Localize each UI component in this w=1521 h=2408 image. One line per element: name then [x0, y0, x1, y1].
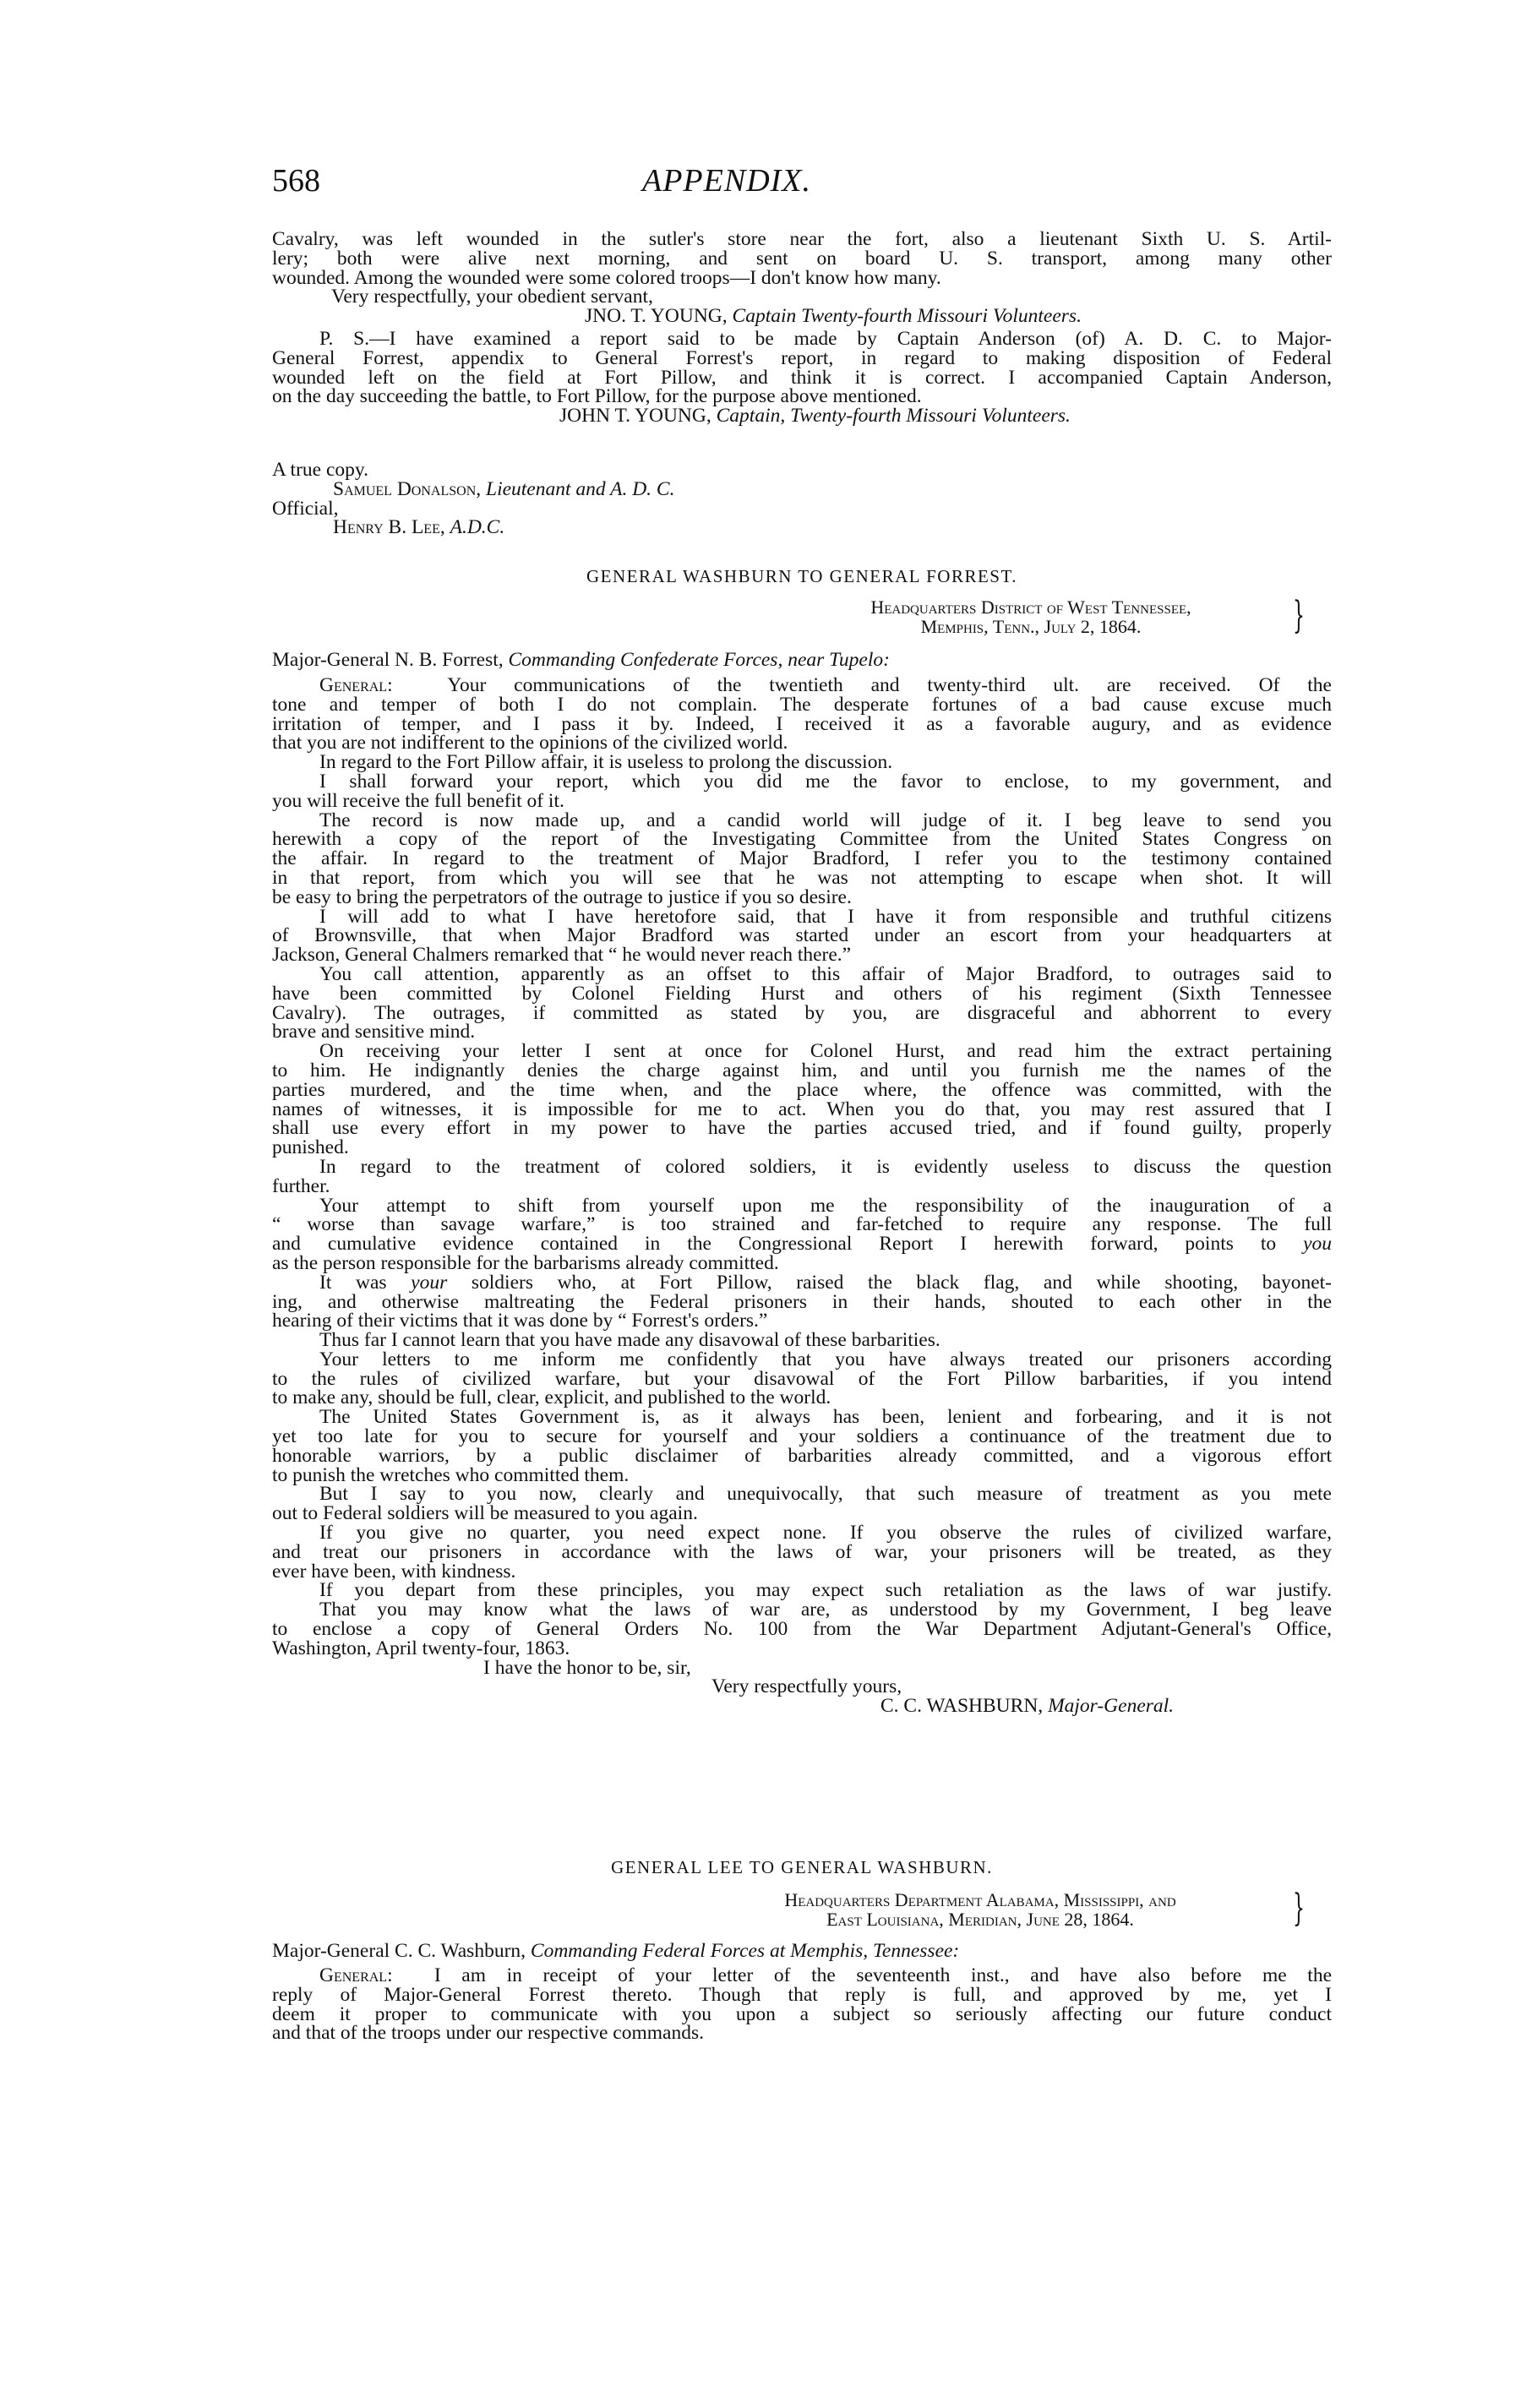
official-signer: Henry B. Lee, A.D.C. — [272, 518, 1332, 537]
text-line: If you depart from these principles, you… — [272, 1581, 1332, 1600]
brace-icon: } — [1293, 597, 1305, 635]
text-line: I will add to what I have heretofore sai… — [272, 907, 1332, 927]
text-line: and treat our prisoners in accordance wi… — [272, 1543, 1332, 1562]
brace-icon: } — [1293, 1890, 1305, 1927]
text-line: Your attempt to shift from yourself upon… — [272, 1196, 1332, 1216]
text-line: Cavalry, was left wounded in the sutler'… — [272, 230, 1332, 249]
text-line: honorable warriors, by a public disclaim… — [272, 1446, 1332, 1466]
text-line: and cumulative evidence contained in the… — [272, 1234, 1332, 1254]
text-line: in that report, from which you will see … — [272, 869, 1332, 888]
text-line: further. — [272, 1177, 1332, 1196]
dateline-text: East Louisiana, Meridian, June 28, 1864. — [826, 1909, 1134, 1930]
text-line: of Brownsville, that when Major Bradford… — [272, 926, 1332, 945]
addressee-name: Major-General N. B. Forrest, — [272, 649, 504, 671]
text-line: reply of Major-General Forrest thereto. … — [272, 1986, 1332, 2005]
text-line: It was your soldiers who, at Fort Pillow… — [272, 1273, 1332, 1293]
text-line: irritation of temper, and I pass it by. … — [272, 715, 1332, 734]
postscript: P. S.—I have examined a report said to b… — [272, 330, 1332, 426]
dateline-text: Headquarters Department Alabama, Mississ… — [784, 1889, 1175, 1910]
running-title: APPENDIX. — [642, 162, 811, 199]
text-line: ing, and otherwise maltreating the Feder… — [272, 1293, 1332, 1312]
dateline-line-2: East Louisiana, Meridian, June 28, 1864. — [676, 1910, 1284, 1930]
addressee-name: Major-General C. C. Washburn, — [272, 1940, 526, 1962]
addressee-title: Commanding Federal Forces at Memphis, Te… — [531, 1940, 959, 1962]
text-line: as the person responsible for the barbar… — [272, 1254, 1332, 1273]
emphasis: your — [411, 1272, 447, 1294]
text-line: Thus far I cannot learn that you have ma… — [272, 1331, 1332, 1350]
text-line: ever have been, with kindness. — [272, 1562, 1332, 1582]
section-heading: GENERAL LEE TO GENERAL WASHBURN. — [272, 1857, 1332, 1877]
attestation: A true copy. Samuel Donalson, Lieutenant… — [272, 460, 1332, 537]
attestor: Samuel Donalson, Lieutenant and A. D. C. — [272, 480, 1332, 499]
text-line: that you are not indifferent to the opin… — [272, 733, 1332, 753]
page-number: 568 — [272, 162, 320, 199]
text-line: General Forrest, appendix to General For… — [272, 349, 1332, 368]
dateline-line-1: Headquarters District of West Tennessee, — [777, 598, 1284, 618]
text-line: out to Federal soldiers will be measured… — [272, 1504, 1332, 1523]
text-line: Jackson, General Chalmers remarked that … — [272, 945, 1332, 965]
addressee-title: Commanding Confederate Forces, near Tupe… — [509, 649, 890, 671]
text-line: have been committed by Colonel Fielding … — [272, 984, 1332, 1004]
text-line: You call attention, apparently as an off… — [272, 965, 1332, 984]
text-line: That you may know what the laws of war a… — [272, 1600, 1332, 1620]
text-line: names of witnesses, it is impossible for… — [272, 1100, 1332, 1120]
text-line: hearing of their victims that it was don… — [272, 1311, 1332, 1331]
text-line: to the rules of civilized warfare, but y… — [272, 1370, 1332, 1389]
text-line: brave and sensitive mind. — [272, 1022, 1332, 1042]
signature: C. C. WASHBURN, Major-General. — [272, 1697, 1332, 1716]
text-line: The record is now made up, and a candid … — [272, 811, 1332, 831]
emphasis: you — [1303, 1233, 1332, 1255]
text-line: to him. He indignantly denies the charge… — [272, 1061, 1332, 1081]
dateline-text: Headquarters District of West Tennessee, — [870, 597, 1191, 618]
text-line: herewith a copy of the report of the Inv… — [272, 830, 1332, 849]
true-copy: A true copy. — [272, 460, 1332, 480]
official-label: Official, — [272, 499, 1332, 519]
document-page: 568 APPENDIX. Cavalry, was left wounded … — [0, 0, 1521, 2408]
signature: JNO. T. YOUNG, Captain Twenty-fourth Mis… — [272, 307, 1332, 326]
text-line: Cavalry). The outrages, if committed as … — [272, 1004, 1332, 1023]
text-line: In regard to the Fort Pillow affair, it … — [272, 753, 1332, 772]
text-line: to enclose a copy of General Orders No. … — [272, 1620, 1332, 1639]
signature-title: Major-General. — [1048, 1695, 1174, 1717]
text-line: on the day succeeding the battle, to For… — [272, 387, 1332, 406]
text-line: and that of the troops under our respect… — [272, 2024, 1332, 2043]
text-line: wounded. Among the wounded were some col… — [272, 269, 1332, 288]
text-line: Your letters to me inform me confidently… — [272, 1350, 1332, 1370]
text-line: you will receive the full benefit of it. — [272, 792, 1332, 811]
addressee: Major-General N. B. Forrest, Commanding … — [272, 651, 1332, 670]
signature-name: JOHN T. YOUNG, — [559, 405, 711, 427]
official-title: A.D.C. — [450, 516, 505, 538]
closing: Very respectfully yours, — [272, 1677, 1332, 1697]
washburn-addressee: Major-General N. B. Forrest, Commanding … — [272, 651, 1332, 670]
closing: Very respectfully, your obedient servant… — [272, 287, 1332, 307]
text-line: The United States Government is, as it a… — [272, 1408, 1332, 1427]
text-line: be easy to bring the perpetrators of the… — [272, 888, 1332, 907]
signature-name: C. C. WASHBURN, — [880, 1695, 1043, 1717]
official-name: Henry B. Lee, — [333, 516, 445, 538]
text-line: General: Your communications of the twen… — [272, 676, 1332, 695]
text-line: wounded left on the field at Fort Pillow… — [272, 368, 1332, 388]
section-heading: GENERAL WASHBURN TO GENERAL FORREST. — [272, 566, 1332, 586]
text-line: punished. — [272, 1138, 1332, 1158]
washburn-letter-body: General: Your communications of the twen… — [272, 676, 1332, 1716]
dateline-line-2: Memphis, Tenn., July 2, 1864. — [777, 618, 1284, 637]
lee-letter-body: General: I am in receipt of your letter … — [272, 1966, 1332, 2043]
signature-title: Captain Twenty-fourth Missouri Volunteer… — [733, 305, 1082, 327]
text-line: On receiving your letter I sent at once … — [272, 1042, 1332, 1061]
text-line: shall use every effort in my power to ha… — [272, 1119, 1332, 1138]
text-segment: soldiers who, at Fort Pillow, raised the… — [447, 1272, 1332, 1294]
text-line: the affair. In regard to the treatment o… — [272, 849, 1332, 869]
text-line: Washington, April twenty-four, 1863. — [272, 1639, 1332, 1659]
attestor-name: Samuel Donalson, — [333, 478, 481, 500]
text-line: But I say to you now, clearly and unequi… — [272, 1485, 1332, 1504]
text-line: P. S.—I have examined a report said to b… — [272, 330, 1332, 349]
signature-name: JNO. T. YOUNG, — [585, 305, 728, 327]
signature-title: Captain, Twenty-fourth Missouri Voluntee… — [717, 405, 1071, 427]
ps-signature: JOHN T. YOUNG, Captain, Twenty-fourth Mi… — [272, 406, 1332, 426]
text-line: parties murdered, and the time when, and… — [272, 1081, 1332, 1100]
text-line: to punish the wretches who committed the… — [272, 1466, 1332, 1485]
text-line: I shall forward your report, which you d… — [272, 772, 1332, 792]
lee-addressee: Major-General C. C. Washburn, Commanding… — [272, 1942, 1332, 1961]
dateline-text: Memphis, Tenn., July 2, 1864. — [921, 616, 1142, 637]
text-line: In regard to the treatment of colored so… — [272, 1158, 1332, 1177]
dateline-line-1: Headquarters Department Alabama, Mississ… — [676, 1891, 1284, 1910]
text-line: “ worse than savage warfare,” is too str… — [272, 1215, 1332, 1234]
text-line: deem it proper to communicate with you u… — [272, 2005, 1332, 2024]
text-segment: It was — [319, 1272, 411, 1294]
text-line: If you give no quarter, you need expect … — [272, 1523, 1332, 1543]
text-line: yet too late for you to secure for yours… — [272, 1427, 1332, 1446]
attestor-title: Lieutenant and A. D. C. — [486, 478, 674, 500]
closing: I have the honor to be, sir, — [272, 1659, 1332, 1678]
text-line: tone and temper of both I do not complai… — [272, 695, 1332, 715]
text-line: lery; both were alive next morning, and … — [272, 249, 1332, 269]
text-line: to make any, should be full, clear, expl… — [272, 1388, 1332, 1408]
text-line: General: I am in receipt of your letter … — [272, 1966, 1332, 1986]
addressee: Major-General C. C. Washburn, Commanding… — [272, 1942, 1332, 1961]
young-letter-end: Cavalry, was left wounded in the sutler'… — [272, 230, 1332, 326]
